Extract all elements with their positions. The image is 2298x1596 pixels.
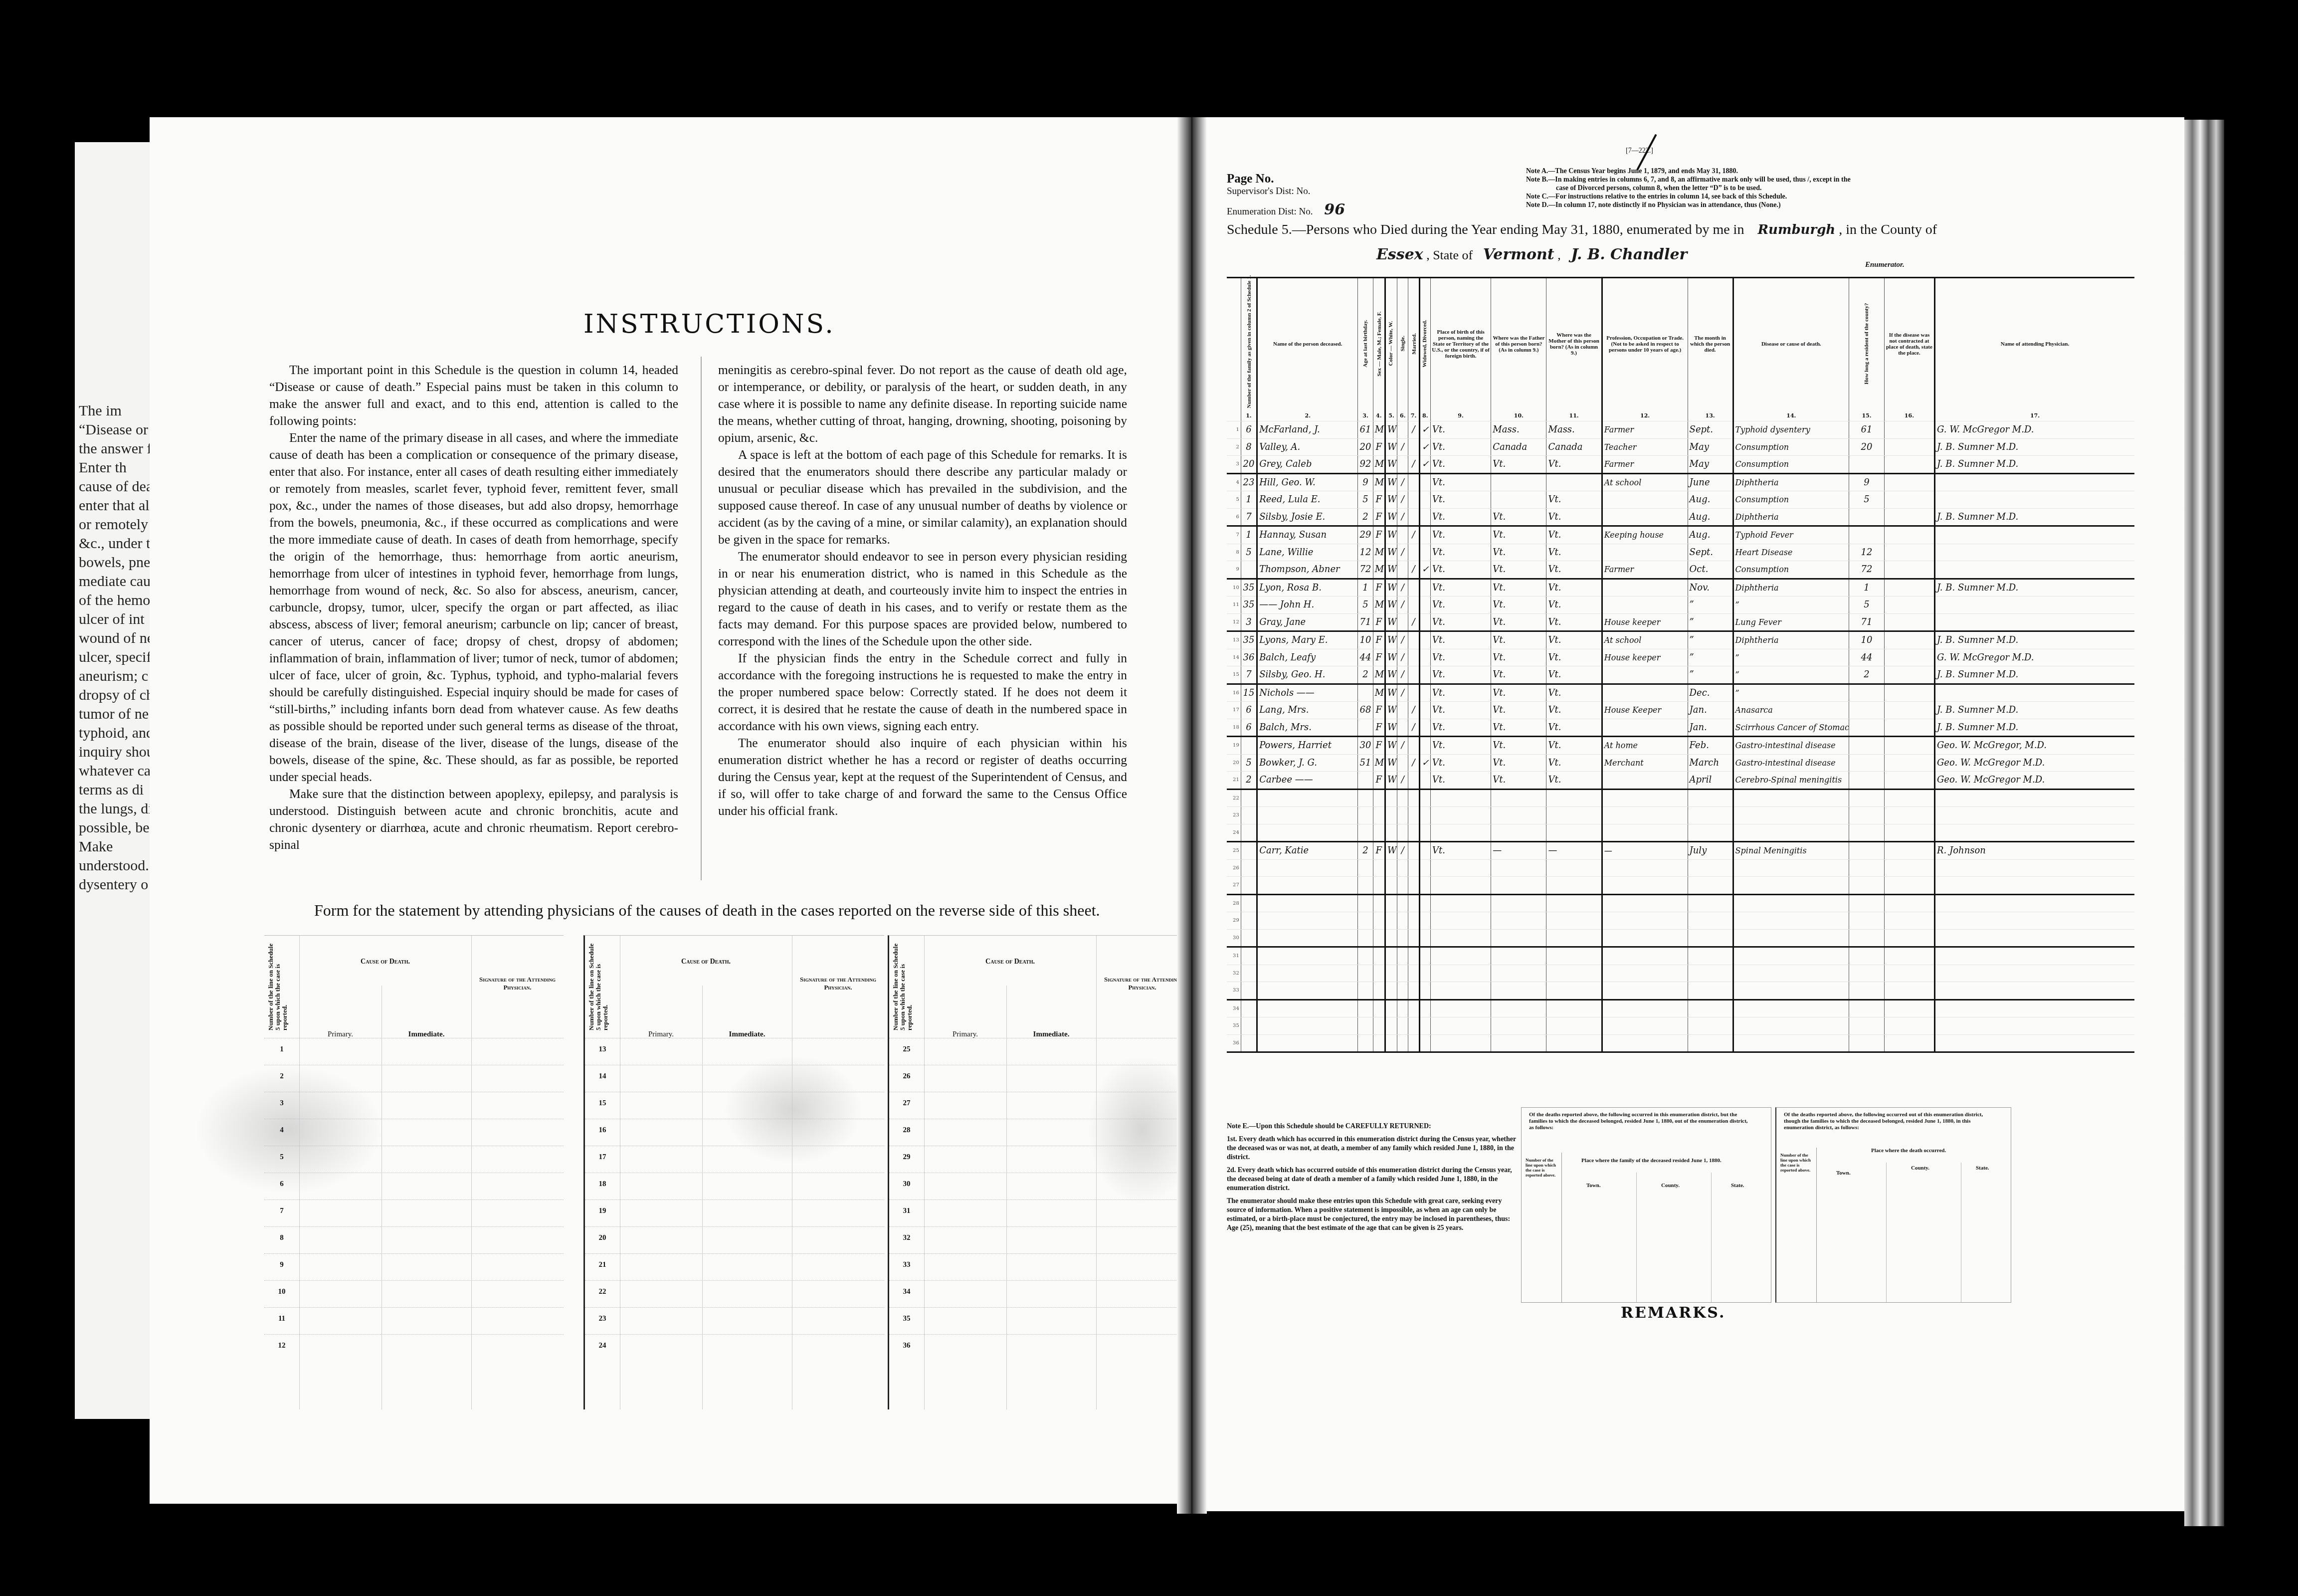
disease-cell[interactable]: Typhoid dysentery [1733,421,1849,439]
family-number-cell[interactable]: 1 [1241,526,1257,544]
birthplace-cell[interactable] [1430,894,1491,912]
disease-cell[interactable]: ” [1733,666,1849,684]
father-birthplace-cell[interactable] [1491,473,1546,491]
age-cell[interactable]: 2 [1358,842,1373,860]
age-cell[interactable] [1358,894,1373,912]
name-cell[interactable]: Lane, Willie [1257,544,1358,561]
name-cell[interactable]: —— John H. [1257,597,1358,614]
color-cell[interactable]: W [1385,684,1397,702]
residence-length-cell[interactable] [1849,772,1885,790]
contracted-place-cell[interactable] [1884,579,1934,597]
color-cell[interactable] [1385,982,1397,1000]
single-cell[interactable]: / [1397,666,1408,684]
color-cell[interactable]: W [1385,719,1397,737]
disease-cell[interactable]: Gastro-intestinal disease [1733,737,1849,755]
color-cell[interactable] [1385,877,1397,895]
sex-cell[interactable]: F [1373,649,1385,666]
name-cell[interactable] [1257,982,1358,1000]
family-number-cell[interactable]: 2 [1241,772,1257,790]
single-cell[interactable] [1397,859,1408,877]
widowed-cell[interactable] [1419,719,1430,737]
form-row[interactable]: 33 [889,1253,1188,1280]
married-cell[interactable] [1408,824,1419,842]
residence-length-cell[interactable] [1849,999,1885,1017]
family-number-cell[interactable]: 35 [1241,631,1257,649]
color-cell[interactable]: W [1385,842,1397,860]
contracted-place-cell[interactable] [1884,965,1934,982]
contracted-place-cell[interactable] [1884,719,1934,737]
form-row[interactable]: 21 [585,1253,884,1280]
physician-cell[interactable]: J. B. Sumner M.D. [1934,508,2134,526]
mother-birthplace-cell[interactable] [1546,824,1602,842]
father-birthplace-cell[interactable] [1491,824,1546,842]
name-cell[interactable]: Carr, Katie [1257,842,1358,860]
married-cell[interactable] [1408,965,1419,982]
residence-length-cell[interactable] [1849,929,1885,947]
sex-cell[interactable]: M [1373,684,1385,702]
disease-cell[interactable] [1733,859,1849,877]
father-birthplace-cell[interactable]: Vt. [1491,508,1546,526]
married-cell[interactable] [1408,894,1419,912]
town-field[interactable]: Rumburgh [1757,222,1835,237]
form-row[interactable]: 9 [264,1253,564,1280]
disease-cell[interactable]: ” [1733,649,1849,666]
form-row[interactable]: 2 [264,1065,564,1092]
single-cell[interactable] [1397,807,1408,824]
sex-cell[interactable]: M [1373,597,1385,614]
age-cell[interactable]: 2 [1358,508,1373,526]
color-cell[interactable]: W [1385,579,1397,597]
month-cell[interactable]: Nov. [1688,579,1733,597]
single-cell[interactable] [1397,894,1408,912]
color-cell[interactable] [1385,947,1397,965]
name-cell[interactable]: Balch, Leafy [1257,649,1358,666]
father-birthplace-cell[interactable] [1491,965,1546,982]
married-cell[interactable]: / [1408,421,1419,439]
father-birthplace-cell[interactable] [1491,877,1546,895]
form-row[interactable]: 34 [889,1280,1188,1307]
birthplace-cell[interactable]: Vt. [1430,631,1491,649]
widowed-cell[interactable] [1419,947,1430,965]
birthplace-cell[interactable]: Vt. [1430,544,1491,561]
disease-cell[interactable] [1733,807,1849,824]
age-cell[interactable] [1358,982,1373,1000]
mother-birthplace-cell[interactable] [1546,929,1602,947]
single-cell[interactable]: / [1397,684,1408,702]
sex-cell[interactable]: F [1373,702,1385,719]
residence-length-cell[interactable] [1849,508,1885,526]
color-cell[interactable]: W [1385,544,1397,561]
married-cell[interactable] [1408,473,1419,491]
widowed-cell[interactable] [1419,772,1430,790]
father-birthplace-cell[interactable]: Canada [1491,438,1546,456]
name-cell[interactable]: Bowker, J. G. [1257,754,1358,772]
family-number-cell[interactable] [1241,561,1257,579]
widowed-cell[interactable] [1419,666,1430,684]
contracted-place-cell[interactable] [1884,929,1934,947]
physician-cell[interactable] [1934,807,2134,824]
sex-cell[interactable] [1373,877,1385,895]
birthplace-cell[interactable]: Vt. [1430,597,1491,614]
residence-length-cell[interactable] [1849,456,1885,474]
father-birthplace-cell[interactable]: Vt. [1491,561,1546,579]
widowed-cell[interactable] [1419,859,1430,877]
enumerator-signature[interactable]: J. B. Chandler [1571,246,1687,263]
mother-birthplace-cell[interactable] [1546,1017,1602,1035]
birthplace-cell[interactable] [1430,1034,1491,1052]
widowed-cell[interactable] [1419,702,1430,719]
occupation-cell[interactable]: House keeper [1602,649,1688,666]
age-cell[interactable] [1358,772,1373,790]
single-cell[interactable] [1397,929,1408,947]
contracted-place-cell[interactable] [1884,473,1934,491]
form-row[interactable]: 5 [264,1146,564,1173]
widowed-cell[interactable]: ✓ [1419,456,1430,474]
age-cell[interactable] [1358,912,1373,930]
contracted-place-cell[interactable] [1884,1034,1934,1052]
father-birthplace-cell[interactable]: Vt. [1491,456,1546,474]
physician-cell[interactable] [1934,877,2134,895]
residence-length-cell[interactable] [1849,965,1885,982]
occupation-cell[interactable] [1602,579,1688,597]
name-cell[interactable]: Lyons, Mary E. [1257,631,1358,649]
color-cell[interactable] [1385,912,1397,930]
sex-cell[interactable]: M [1373,456,1385,474]
single-cell[interactable]: / [1397,842,1408,860]
sex-cell[interactable] [1373,1034,1385,1052]
month-cell[interactable]: Jan. [1688,702,1733,719]
contracted-place-cell[interactable] [1884,947,1934,965]
name-cell[interactable] [1257,929,1358,947]
birthplace-cell[interactable]: Vt. [1430,613,1491,631]
father-birthplace-cell[interactable] [1491,789,1546,807]
widowed-cell[interactable] [1419,789,1430,807]
form-row[interactable]: 19 [585,1199,884,1226]
mother-birthplace-cell[interactable] [1546,982,1602,1000]
name-cell[interactable] [1257,807,1358,824]
form-row[interactable]: 17 [585,1146,884,1173]
widowed-cell[interactable] [1419,842,1430,860]
form-row[interactable]: 23 [585,1307,884,1334]
form-row[interactable]: 27 [889,1092,1188,1119]
family-number-cell[interactable]: 35 [1241,579,1257,597]
month-cell[interactable]: Jan. [1688,719,1733,737]
father-birthplace-cell[interactable] [1491,929,1546,947]
father-birthplace-cell[interactable] [1491,894,1546,912]
residence-length-cell[interactable] [1849,737,1885,755]
married-cell[interactable]: / [1408,526,1419,544]
month-cell[interactable]: March [1688,754,1733,772]
age-cell[interactable]: 61 [1358,421,1373,439]
age-cell[interactable]: 51 [1358,754,1373,772]
form-row[interactable]: 12 [264,1334,564,1361]
occupation-cell[interactable] [1602,824,1688,842]
father-birthplace-cell[interactable]: Vt. [1491,631,1546,649]
contracted-place-cell[interactable] [1884,508,1934,526]
month-cell[interactable] [1688,824,1733,842]
birthplace-cell[interactable]: Vt. [1430,666,1491,684]
month-cell[interactable]: ” [1688,613,1733,631]
contracted-place-cell[interactable] [1884,912,1934,930]
form-row[interactable]: 25 [889,1038,1188,1065]
contracted-place-cell[interactable] [1884,421,1934,439]
father-birthplace-cell[interactable]: Vt. [1491,597,1546,614]
age-cell[interactable] [1358,999,1373,1017]
disease-cell[interactable] [1733,982,1849,1000]
mother-birthplace-cell[interactable]: Vt. [1546,684,1602,702]
sex-cell[interactable]: F [1373,737,1385,755]
residence-length-cell[interactable] [1849,719,1885,737]
sex-cell[interactable]: M [1373,544,1385,561]
residence-length-cell[interactable]: 61 [1849,421,1885,439]
widowed-cell[interactable]: ✓ [1419,421,1430,439]
physician-cell[interactable]: Geo. W. McGregor M.D. [1934,754,2134,772]
sex-cell[interactable]: M [1373,754,1385,772]
residence-length-cell[interactable]: 1 [1849,579,1885,597]
age-cell[interactable] [1358,824,1373,842]
birthplace-cell[interactable] [1430,877,1491,895]
physician-cell[interactable] [1934,1034,2134,1052]
color-cell[interactable]: W [1385,421,1397,439]
occupation-cell[interactable]: Farmer [1602,561,1688,579]
form-row[interactable]: 8 [264,1226,564,1253]
widowed-cell[interactable] [1419,929,1430,947]
name-cell[interactable]: Valley, A. [1257,438,1358,456]
sex-cell[interactable] [1373,894,1385,912]
physician-cell[interactable]: J. B. Sumner M.D. [1934,719,2134,737]
color-cell[interactable]: W [1385,473,1397,491]
age-cell[interactable]: 44 [1358,649,1373,666]
residence-length-cell[interactable] [1849,526,1885,544]
month-cell[interactable] [1688,859,1733,877]
family-number-cell[interactable] [1241,947,1257,965]
disease-cell[interactable]: ” [1733,597,1849,614]
occupation-cell[interactable] [1602,947,1688,965]
sex-cell[interactable] [1373,929,1385,947]
month-cell[interactable] [1688,965,1733,982]
residence-length-cell[interactable]: 5 [1849,491,1885,509]
family-number-cell[interactable] [1241,877,1257,895]
physician-cell[interactable]: R. Johnson [1934,842,2134,860]
color-cell[interactable] [1385,999,1397,1017]
occupation-cell[interactable] [1602,491,1688,509]
occupation-cell[interactable] [1602,772,1688,790]
birthplace-cell[interactable]: Vt. [1430,561,1491,579]
occupation-cell[interactable]: At home [1602,737,1688,755]
disease-cell[interactable] [1733,999,1849,1017]
contracted-place-cell[interactable] [1884,982,1934,1000]
single-cell[interactable] [1397,1034,1408,1052]
name-cell[interactable]: Grey, Caleb [1257,456,1358,474]
disease-cell[interactable] [1733,1017,1849,1035]
occupation-cell[interactable] [1602,912,1688,930]
name-cell[interactable]: Silsby, Josie E. [1257,508,1358,526]
age-cell[interactable]: 1 [1358,579,1373,597]
month-cell[interactable]: May [1688,438,1733,456]
married-cell[interactable] [1408,929,1419,947]
color-cell[interactable] [1385,824,1397,842]
birthplace-cell[interactable]: Vt. [1430,421,1491,439]
age-cell[interactable] [1358,684,1373,702]
physician-cell[interactable] [1934,947,2134,965]
form-row[interactable]: 32 [889,1226,1188,1253]
sex-cell[interactable] [1373,947,1385,965]
residence-length-cell[interactable] [1849,789,1885,807]
father-birthplace-cell[interactable] [1491,859,1546,877]
month-cell[interactable]: Aug. [1688,526,1733,544]
disease-cell[interactable] [1733,894,1849,912]
month-cell[interactable]: Sept. [1688,421,1733,439]
disease-cell[interactable] [1733,947,1849,965]
sex-cell[interactable]: F [1373,438,1385,456]
single-cell[interactable] [1397,561,1408,579]
physician-cell[interactable] [1934,544,2134,561]
residence-length-cell[interactable]: 44 [1849,649,1885,666]
month-cell[interactable] [1688,947,1733,965]
color-cell[interactable]: W [1385,508,1397,526]
single-cell[interactable] [1397,877,1408,895]
married-cell[interactable] [1408,631,1419,649]
married-cell[interactable]: / [1408,456,1419,474]
form-row[interactable]: 7 [264,1199,564,1226]
form-row[interactable]: 10 [264,1280,564,1307]
family-number-cell[interactable]: 20 [1241,456,1257,474]
mother-birthplace-cell[interactable] [1546,965,1602,982]
married-cell[interactable] [1408,877,1419,895]
mother-birthplace-cell[interactable] [1546,877,1602,895]
married-cell[interactable] [1408,737,1419,755]
contracted-place-cell[interactable] [1884,807,1934,824]
family-number-cell[interactable] [1241,737,1257,755]
father-birthplace-cell[interactable]: Vt. [1491,666,1546,684]
married-cell[interactable] [1408,999,1419,1017]
state-field[interactable]: Vermont [1483,246,1554,263]
occupation-cell[interactable] [1602,684,1688,702]
form-row[interactable]: 14 [585,1065,884,1092]
physician-cell[interactable] [1934,613,2134,631]
sex-cell[interactable]: F [1373,613,1385,631]
family-number-cell[interactable] [1241,789,1257,807]
family-number-cell[interactable]: 6 [1241,719,1257,737]
color-cell[interactable]: W [1385,772,1397,790]
form-row[interactable]: 6 [264,1173,564,1199]
enumeration-district-value[interactable]: 96 [1324,201,1345,218]
form-row[interactable]: 4 [264,1119,564,1146]
physician-cell[interactable] [1934,684,2134,702]
mother-birthplace-cell[interactable]: Mass. [1546,421,1602,439]
family-number-cell[interactable] [1241,965,1257,982]
age-cell[interactable]: 5 [1358,597,1373,614]
age-cell[interactable]: 2 [1358,666,1373,684]
sex-cell[interactable] [1373,807,1385,824]
residence-length-cell[interactable] [1849,1017,1885,1035]
physician-cell[interactable] [1934,473,2134,491]
age-cell[interactable]: 92 [1358,456,1373,474]
month-cell[interactable] [1688,929,1733,947]
widowed-cell[interactable] [1419,526,1430,544]
month-cell[interactable] [1688,982,1733,1000]
father-birthplace-cell[interactable] [1491,912,1546,930]
residence-length-cell[interactable] [1849,982,1885,1000]
married-cell[interactable] [1408,1017,1419,1035]
age-cell[interactable] [1358,789,1373,807]
mother-birthplace-cell[interactable]: Vt. [1546,508,1602,526]
widowed-cell[interactable] [1419,877,1430,895]
form-row[interactable]: 28 [889,1119,1188,1146]
occupation-cell[interactable]: House Keeper [1602,702,1688,719]
month-cell[interactable]: April [1688,772,1733,790]
name-cell[interactable]: Balch, Mrs. [1257,719,1358,737]
color-cell[interactable]: W [1385,702,1397,719]
disease-cell[interactable] [1733,877,1849,895]
birthplace-cell[interactable] [1430,859,1491,877]
father-birthplace-cell[interactable] [1491,1017,1546,1035]
residence-length-cell[interactable] [1849,859,1885,877]
physician-cell[interactable] [1934,824,2134,842]
mother-birthplace-cell[interactable]: Vt. [1546,754,1602,772]
mother-birthplace-cell[interactable] [1546,894,1602,912]
mother-birthplace-cell[interactable] [1546,912,1602,930]
mother-birthplace-cell[interactable] [1546,859,1602,877]
disease-cell[interactable]: Lung Fever [1733,613,1849,631]
disease-cell[interactable] [1733,929,1849,947]
family-number-cell[interactable] [1241,807,1257,824]
disease-cell[interactable]: Heart Disease [1733,544,1849,561]
single-cell[interactable] [1397,982,1408,1000]
married-cell[interactable] [1408,666,1419,684]
birthplace-cell[interactable] [1430,999,1491,1017]
physician-cell[interactable]: J. B. Sumner M.D. [1934,702,2134,719]
form-row[interactable]: 16 [585,1119,884,1146]
occupation-cell[interactable] [1602,597,1688,614]
sex-cell[interactable]: M [1373,473,1385,491]
occupation-cell[interactable]: At school [1602,631,1688,649]
birthplace-cell[interactable]: Vt. [1430,649,1491,666]
married-cell[interactable]: / [1408,613,1419,631]
color-cell[interactable]: W [1385,649,1397,666]
birthplace-cell[interactable] [1430,1017,1491,1035]
name-cell[interactable] [1257,824,1358,842]
month-cell[interactable]: Oct. [1688,561,1733,579]
single-cell[interactable] [1397,999,1408,1017]
birthplace-cell[interactable]: Vt. [1430,526,1491,544]
sex-cell[interactable] [1373,859,1385,877]
family-number-cell[interactable]: 8 [1241,438,1257,456]
month-cell[interactable] [1688,789,1733,807]
mother-birthplace-cell[interactable] [1546,947,1602,965]
sex-cell[interactable] [1373,965,1385,982]
single-cell[interactable]: / [1397,649,1408,666]
widowed-cell[interactable] [1419,824,1430,842]
color-cell[interactable] [1385,1017,1397,1035]
birthplace-cell[interactable]: Vt. [1430,438,1491,456]
family-number-cell[interactable]: 3 [1241,613,1257,631]
physician-cell[interactable]: J. B. Sumner M.D. [1934,579,2134,597]
name-cell[interactable] [1257,999,1358,1017]
family-number-cell[interactable]: 7 [1241,508,1257,526]
single-cell[interactable] [1397,912,1408,930]
disease-cell[interactable] [1733,912,1849,930]
birthplace-cell[interactable] [1430,929,1491,947]
widowed-cell[interactable] [1419,613,1430,631]
family-number-cell[interactable]: 15 [1241,684,1257,702]
sex-cell[interactable] [1373,1017,1385,1035]
single-cell[interactable]: / [1397,491,1408,509]
birthplace-cell[interactable]: Vt. [1430,719,1491,737]
married-cell[interactable] [1408,597,1419,614]
widowed-cell[interactable] [1419,982,1430,1000]
occupation-cell[interactable]: Keeping house [1602,526,1688,544]
